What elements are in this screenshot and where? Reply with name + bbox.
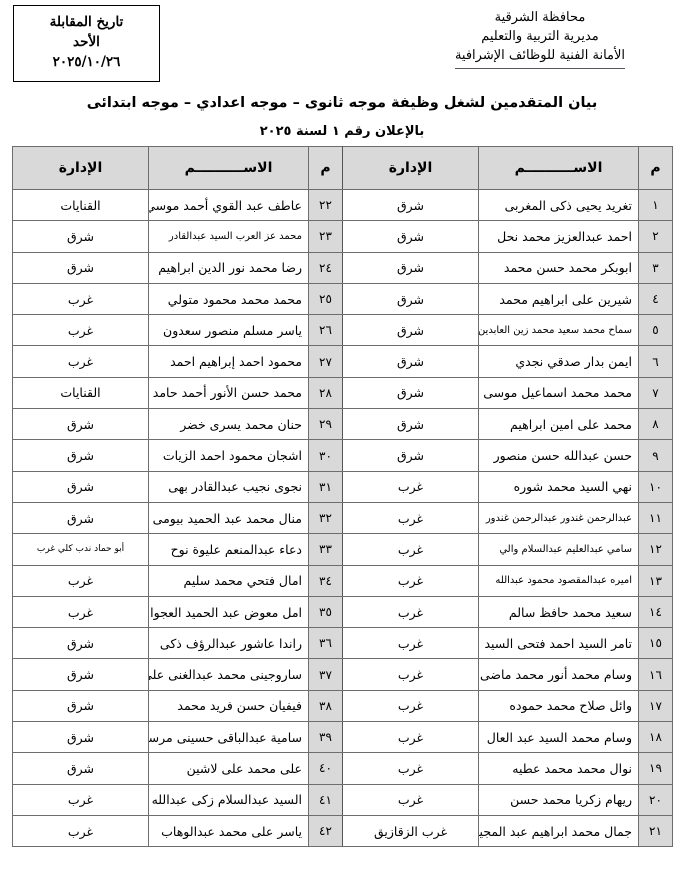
applicant-name: ايمن بدار صدقي نجدي xyxy=(479,346,639,377)
row-number: ٢٧ xyxy=(309,346,343,377)
table-row: ٩حسن عبدالله حسن منصورشرق٣٠اشجان محمود ا… xyxy=(13,440,673,471)
row-number: ٢ xyxy=(639,221,673,252)
table-row: ١٩نوال محمد محمد عطيهغرب٤٠على محمد على ل… xyxy=(13,753,673,784)
row-number: ٢٠ xyxy=(639,784,673,815)
department: شرق xyxy=(343,409,479,440)
department: غرب xyxy=(343,722,479,753)
applicant-name: محمد على امين ابراهيم xyxy=(479,409,639,440)
table-row: ١٢سامي عبدالعليم عبدالسلام واليغرب٣٣دعاء… xyxy=(13,534,673,565)
table-row: ١٦وسام محمد أنور محمد ماضىغرب٣٧ساروجينى … xyxy=(13,659,673,690)
row-number: ٣٢ xyxy=(309,502,343,533)
applicants-table: م الاســــــــــم الإدارة م الاســــــــ… xyxy=(12,146,673,847)
table-row: ٢١جمال محمد ابراهيم عبد المجيدغرب الزقاز… xyxy=(13,815,673,846)
applicant-name: جمال محمد ابراهيم عبد المجيد xyxy=(479,815,639,846)
row-number: ١٦ xyxy=(639,659,673,690)
row-number: ٣٤ xyxy=(309,565,343,596)
row-number: ٣٣ xyxy=(309,534,343,565)
row-number: ٢٣ xyxy=(309,221,343,252)
applicant-name: امال فتحي محمد سليم xyxy=(149,565,309,596)
column-header-dept: الإدارة xyxy=(13,147,149,190)
applicant-name: سامي عبدالعليم عبدالسلام والي xyxy=(479,534,639,565)
row-number: ١٠ xyxy=(639,471,673,502)
department: غرب xyxy=(13,565,149,596)
directorate-name: مديرية التربية والتعليم xyxy=(430,27,650,46)
column-header-name: الاســــــــــم xyxy=(149,147,309,190)
department: غرب xyxy=(13,784,149,815)
row-number: ٦ xyxy=(639,346,673,377)
table-row: ١١عبدالرحمن غندور عبدالرحمن غندورغرب٣٢من… xyxy=(13,502,673,533)
department: شرق xyxy=(13,628,149,659)
row-number: ٣٩ xyxy=(309,722,343,753)
applicant-name: ياسر مسلم منصور سعدون xyxy=(149,315,309,346)
department: غرب xyxy=(343,471,479,502)
department: غرب xyxy=(343,690,479,721)
row-number: ٩ xyxy=(639,440,673,471)
department: شرق xyxy=(343,252,479,283)
applicant-name: نهي السيد محمد شوره xyxy=(479,471,639,502)
document-title: بيان المتقدمين لشغل وظيفة موجه ثانوى – م… xyxy=(0,95,684,111)
row-number: ١٨ xyxy=(639,722,673,753)
interview-date: ٢٠٢٥/١٠/٢٦ xyxy=(14,52,159,72)
department: غرب xyxy=(13,815,149,846)
department: غرب xyxy=(343,565,479,596)
department: غرب xyxy=(343,753,479,784)
department: شرق xyxy=(13,471,149,502)
department: غرب xyxy=(343,784,479,815)
department: شرق xyxy=(343,283,479,314)
applicant-name: دعاء عبدالمنعم عليوة نوح xyxy=(149,534,309,565)
row-number: ٨ xyxy=(639,409,673,440)
table-header-row: م الاســــــــــم الإدارة م الاســــــــ… xyxy=(13,147,673,190)
row-number: ٥ xyxy=(639,315,673,346)
row-number: ١٢ xyxy=(639,534,673,565)
applicant-name: ابوبكر محمد حسن محمد xyxy=(479,252,639,283)
department: القنايات xyxy=(13,377,149,408)
column-header-dept: الإدارة xyxy=(343,147,479,190)
row-number: ٣٠ xyxy=(309,440,343,471)
row-number: ٢٨ xyxy=(309,377,343,408)
row-number: ٢٦ xyxy=(309,315,343,346)
row-number: ٧ xyxy=(639,377,673,408)
applicant-name: سماح محمد سعيد محمد زين العابدين xyxy=(479,315,639,346)
applicant-name: نوال محمد محمد عطيه xyxy=(479,753,639,784)
applicant-name: سعيد محمد حافظ سالم xyxy=(479,596,639,627)
department: شرق xyxy=(13,440,149,471)
organization-header: محافظة الشرقية مديرية التربية والتعليم ا… xyxy=(430,8,650,69)
row-number: ٣١ xyxy=(309,471,343,502)
document-subtitle: بالإعلان رقم ١ لسنة ٢٠٢٥ xyxy=(0,124,684,139)
applicant-name: ريهام زكريا محمد حسن xyxy=(479,784,639,815)
department: غرب xyxy=(13,283,149,314)
row-number: ٢٢ xyxy=(309,190,343,221)
department: أبو حماد ندب كلي غرب xyxy=(13,534,149,565)
governorate-name: محافظة الشرقية xyxy=(430,8,650,27)
applicant-name: ساروجينى محمد عبدالغنى على xyxy=(149,659,309,690)
applicant-name: ياسر على محمد عبدالوهاب xyxy=(149,815,309,846)
applicant-name: نجوى نجيب عبدالقادر بهى xyxy=(149,471,309,502)
department: شرق xyxy=(343,346,479,377)
row-number: ١٤ xyxy=(639,596,673,627)
department: شرق xyxy=(13,659,149,690)
row-number: ٤٠ xyxy=(309,753,343,784)
applicant-name: وسام محمد أنور محمد ماضى xyxy=(479,659,639,690)
department: غرب xyxy=(343,628,479,659)
row-number: ٤ xyxy=(639,283,673,314)
row-number: ١ xyxy=(639,190,673,221)
department: غرب الزقازيق xyxy=(343,815,479,846)
applicant-name: اميره عبدالمقصود محمود عبدالله xyxy=(479,565,639,596)
applicant-name: منال محمد عبد الحميد بيومى xyxy=(149,502,309,533)
department: شرق xyxy=(343,221,479,252)
applicant-name: حسن عبدالله حسن منصور xyxy=(479,440,639,471)
department: شرق xyxy=(13,252,149,283)
column-header-name: الاســــــــــم xyxy=(479,147,639,190)
applicant-name: رضا محمد نور الدين ابراهيم xyxy=(149,252,309,283)
department: القنايات xyxy=(13,190,149,221)
applicant-name: عبدالرحمن غندور عبدالرحمن غندور xyxy=(479,502,639,533)
department: شرق xyxy=(13,221,149,252)
department: شرق xyxy=(343,440,479,471)
column-header-num: م xyxy=(309,147,343,190)
table-row: ١تغريد يحيى ذكى المغربىشرق٢٢عاطف عبد الق… xyxy=(13,190,673,221)
row-number: ٣٨ xyxy=(309,690,343,721)
applicant-name: عاطف عبد القوي أحمد موسي xyxy=(149,190,309,221)
applicant-name: راندا عاشور عبدالرؤف ذكى xyxy=(149,628,309,659)
table-row: ٤شيرين على ابراهيم محمدشرق٢٥محمد محمد مح… xyxy=(13,283,673,314)
applicant-name: محمد حسن الأنور أحمد حامد xyxy=(149,377,309,408)
row-number: ٤١ xyxy=(309,784,343,815)
department: غرب xyxy=(343,502,479,533)
applicant-name: محمد محمد اسماعيل موسى xyxy=(479,377,639,408)
applicant-name: تامر السيد احمد فتحى السيد xyxy=(479,628,639,659)
department: شرق xyxy=(343,315,479,346)
department: غرب xyxy=(343,596,479,627)
applicant-name: السيد عبدالسلام زكى عبدالله xyxy=(149,784,309,815)
column-header-num: م xyxy=(639,147,673,190)
department: شرق xyxy=(343,377,479,408)
applicant-name: اشجان محمود احمد الزيات xyxy=(149,440,309,471)
row-number: ٢٥ xyxy=(309,283,343,314)
department: شرق xyxy=(13,409,149,440)
row-number: ٢٩ xyxy=(309,409,343,440)
interview-day: الأحد xyxy=(14,32,159,52)
applicant-name: فيفيان حسن فريد محمد xyxy=(149,690,309,721)
table-row: ٨محمد على امين ابراهيمشرق٢٩حنان محمد يسر… xyxy=(13,409,673,440)
applicant-name: شيرين على ابراهيم محمد xyxy=(479,283,639,314)
table-row: ١٧وائل صلاح محمد حمودهغرب٣٨فيفيان حسن فر… xyxy=(13,690,673,721)
applicant-name: محمود احمد إبراهيم احمد xyxy=(149,346,309,377)
interview-date-box: تاريخ المقابلة الأحد ٢٠٢٥/١٠/٢٦ xyxy=(13,5,160,82)
applicant-name: امل معوض عبد الحميد العجوانى xyxy=(149,596,309,627)
applicant-name: وائل صلاح محمد حموده xyxy=(479,690,639,721)
row-number: ١٧ xyxy=(639,690,673,721)
department: شرق xyxy=(13,502,149,533)
applicant-name: محمد محمد محمود متولي xyxy=(149,283,309,314)
applicant-name: حنان محمد يسرى خضر xyxy=(149,409,309,440)
department-name: الأمانة الفنية للوظائف الإشرافية xyxy=(455,46,625,69)
row-number: ٢٤ xyxy=(309,252,343,283)
table-row: ٢احمد عبدالعزيز محمد نحلشرق٢٣محمد عز الع… xyxy=(13,221,673,252)
department: غرب xyxy=(343,659,479,690)
table-row: ٢٠ريهام زكريا محمد حسنغرب٤١السيد عبدالسل… xyxy=(13,784,673,815)
table-row: ٣ابوبكر محمد حسن محمدشرق٢٤رضا محمد نور ا… xyxy=(13,252,673,283)
department: غرب xyxy=(13,346,149,377)
department: غرب xyxy=(13,596,149,627)
interview-date-label: تاريخ المقابلة xyxy=(14,12,159,32)
table-row: ٥سماح محمد سعيد محمد زين العابدينشرق٢٦يا… xyxy=(13,315,673,346)
row-number: ١٩ xyxy=(639,753,673,784)
table-row: ١٨وسام محمد السيد عبد العالغرب٣٩سامية عب… xyxy=(13,722,673,753)
applicant-name: محمد عز العرب السيد عبدالقادر xyxy=(149,221,309,252)
department: شرق xyxy=(343,190,479,221)
applicant-name: وسام محمد السيد عبد العال xyxy=(479,722,639,753)
table-row: ٦ايمن بدار صدقي نجديشرق٢٧محمود احمد إبرا… xyxy=(13,346,673,377)
department: غرب xyxy=(343,534,479,565)
row-number: ١١ xyxy=(639,502,673,533)
table-row: ١٤سعيد محمد حافظ سالمغرب٣٥امل معوض عبد ا… xyxy=(13,596,673,627)
department: شرق xyxy=(13,753,149,784)
row-number: ١٣ xyxy=(639,565,673,596)
applicant-name: على محمد على لاشين xyxy=(149,753,309,784)
department: غرب xyxy=(13,315,149,346)
applicant-name: سامية عبدالباقى حسينى مرسى xyxy=(149,722,309,753)
table-row: ١٣اميره عبدالمقصود محمود عبداللهغرب٣٤اما… xyxy=(13,565,673,596)
department: شرق xyxy=(13,690,149,721)
row-number: ١٥ xyxy=(639,628,673,659)
row-number: ٤٢ xyxy=(309,815,343,846)
table-row: ١٠نهي السيد محمد شورهغرب٣١نجوى نجيب عبدا… xyxy=(13,471,673,502)
applicant-name: تغريد يحيى ذكى المغربى xyxy=(479,190,639,221)
applicant-name: احمد عبدالعزيز محمد نحل xyxy=(479,221,639,252)
table-row: ٧محمد محمد اسماعيل موسىشرق٢٨محمد حسن الأ… xyxy=(13,377,673,408)
department: شرق xyxy=(13,722,149,753)
row-number: ٣٧ xyxy=(309,659,343,690)
row-number: ٣٦ xyxy=(309,628,343,659)
row-number: ٣ xyxy=(639,252,673,283)
row-number: ٣٥ xyxy=(309,596,343,627)
table-row: ١٥تامر السيد احمد فتحى السيدغرب٣٦راندا ع… xyxy=(13,628,673,659)
row-number: ٢١ xyxy=(639,815,673,846)
